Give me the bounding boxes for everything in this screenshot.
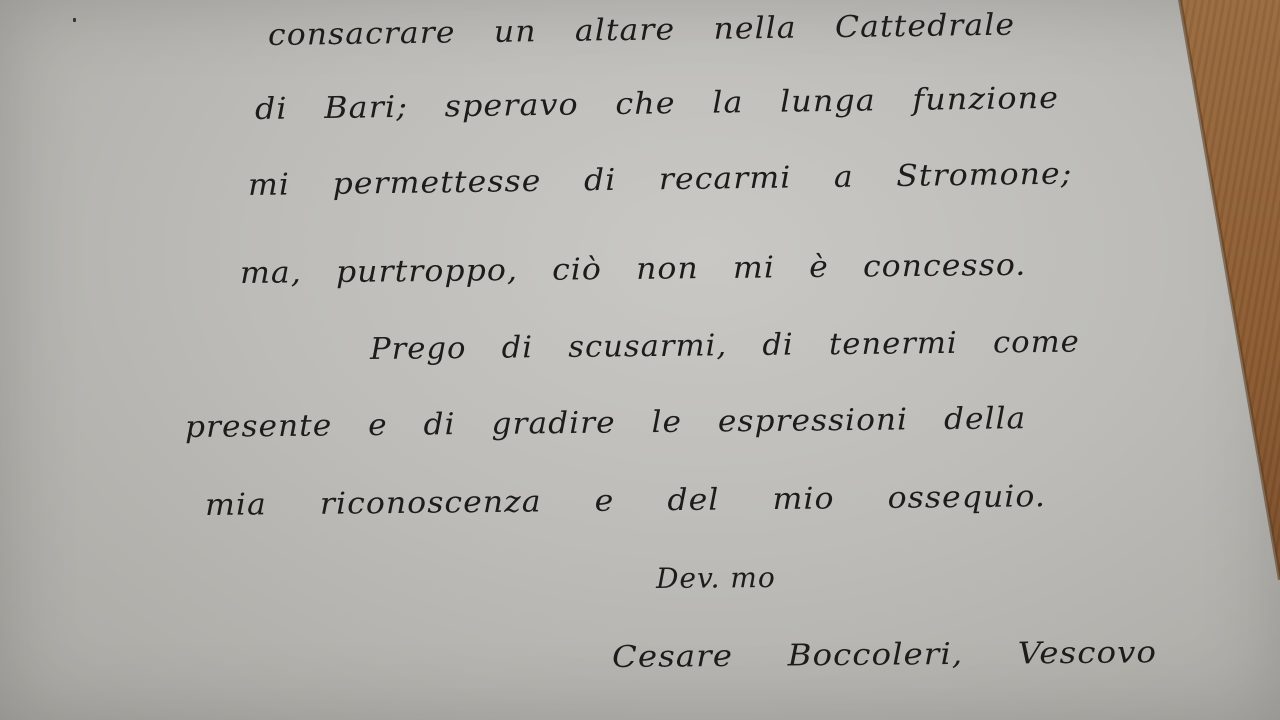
letter-signature: Cesare Boccoleri, Vescovo [612, 635, 1157, 675]
letter-line-5: Prego di scusarmi, di tenermi come [370, 325, 1080, 367]
ink-speck [73, 18, 76, 22]
letter-closing: Dev. mo [656, 561, 776, 595]
